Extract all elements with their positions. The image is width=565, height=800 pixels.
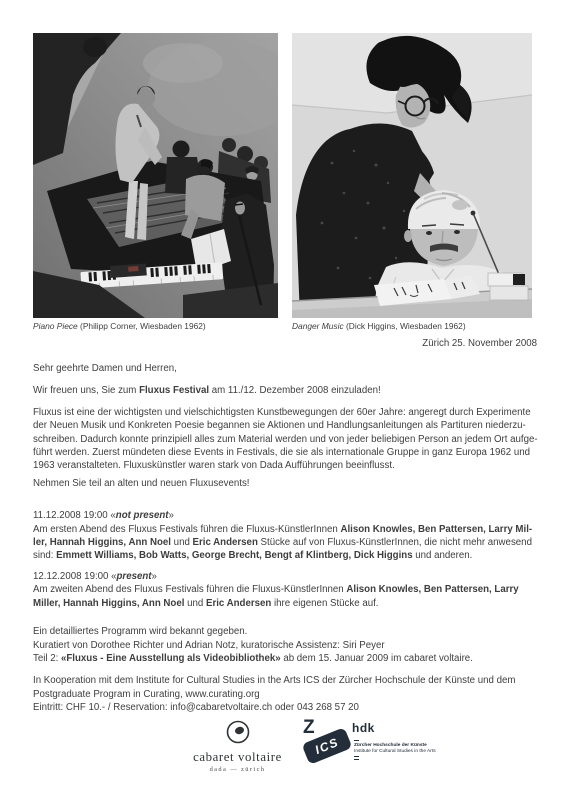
zhdk-ics-logo: Z hdk ICS Zürcher Hochschule der Künste … [303, 719, 443, 779]
letter-page: Piano Piece (Philipp Corner, Wiesbaden 1… [0, 0, 565, 800]
ics-name-line: Institute for Cultural Studies in the Ar… [354, 749, 444, 755]
event-2-paragraph: 12.12.2008 19:00 «present»Am zweiten Abe… [33, 570, 539, 610]
piano-piece-photo-art [33, 33, 278, 318]
text-line: Postgraduate Program in Curating, www.cu… [33, 688, 539, 701]
cabaret-voltaire-tagline: dada — zürich [190, 766, 285, 773]
dash-divider [354, 759, 359, 760]
program-paragraph: Ein detailliertes Programm wird bekannt … [33, 625, 539, 665]
zhdk-text-block: Zürcher Hochschule der Künste Institute … [354, 738, 444, 762]
text-line: Danger Music (Dick Higgins, Wiesbaden 19… [292, 321, 466, 331]
eye-icon [225, 719, 251, 747]
piano-piece-photo [33, 33, 278, 318]
cabaret-voltaire-logo: cabaret voltaire dada — zürich [190, 719, 285, 773]
cabaret-voltaire-wordmark: cabaret voltaire [190, 750, 285, 764]
text-line: ler, Hannah Higgins, Ann Noel und Eric A… [33, 536, 539, 549]
dash-divider [354, 756, 359, 757]
text-line: führt werden. Zuerst mündeten diese Even… [33, 446, 539, 459]
intro-paragraph: Fluxus ist eine der wichtigsten und viel… [33, 406, 539, 473]
cooperation-paragraph: In Kooperation mit dem Institute for Cul… [33, 674, 539, 714]
danger-music-photo [292, 33, 532, 318]
text-line: 12.12.2008 19:00 «present» [33, 570, 539, 583]
ics-badge-text: ICS [313, 735, 341, 757]
text-line: Teil 2: «Fluxus - Eine Ausstellung als V… [33, 652, 539, 665]
text-line: Miller, Hannah Higgins, Ann Noel und Eri… [33, 597, 539, 610]
text-line: Wir freuen uns, Sie zum Fluxus Festival … [33, 384, 539, 397]
text-line: 1963 veranstalteten. Fluxuskünstler ware… [33, 459, 539, 472]
text-line: Am zweiten Abend des Fluxus Festivals fü… [33, 583, 539, 596]
event-1-paragraph: 11.12.2008 19:00 «not present»Am ersten … [33, 509, 539, 563]
text-line: sind: Emmett Williams, Bob Watts, George… [33, 549, 539, 562]
danger-music-photo-art [292, 33, 532, 318]
text-line: 11.12.2008 19:00 «not present» [33, 509, 539, 522]
zhdk-z-letter: Z [303, 719, 315, 737]
text-line: Piano Piece (Philipp Corner, Wiesbaden 1… [33, 321, 206, 331]
text-line: schreiben. Dadurch konnte prinzipiell al… [33, 433, 539, 446]
dateline: Zürich 25. November 2008 [422, 338, 537, 349]
text-line: Am ersten Abend des Fluxus Festivals füh… [33, 523, 539, 536]
photo-caption-left: Piano Piece (Philipp Corner, Wiesbaden 1… [33, 321, 206, 331]
zhdk-hdk-letters: hdk [352, 721, 375, 735]
text-line: Kuratiert von Dorothee Richter und Adria… [33, 639, 539, 652]
text-line: Eintritt: CHF 10.- / Reservation: info@c… [33, 701, 539, 714]
text-line: der Neuen Musik und Konkreten Poesie beg… [33, 419, 539, 432]
text-line: In Kooperation mit dem Institute for Cul… [33, 674, 539, 687]
invitation-line: Wir freuen uns, Sie zum Fluxus Festival … [33, 384, 539, 397]
text-line: Fluxus ist eine der wichtigsten und viel… [33, 406, 539, 419]
text-line: Sehr geehrte Damen und Herren, [33, 362, 539, 375]
text-line: Nehmen Sie teil an alten und neuen Fluxu… [33, 477, 539, 490]
call-to-action: Nehmen Sie teil an alten und neuen Fluxu… [33, 477, 539, 490]
letter-body: Sehr geehrte Damen und Herren, Wir freue… [33, 362, 539, 715]
dash-divider [354, 740, 359, 741]
greeting: Sehr geehrte Damen und Herren, [33, 362, 539, 375]
photo-caption-right: Danger Music (Dick Higgins, Wiesbaden 19… [292, 321, 466, 331]
text-line: Ein detailliertes Programm wird bekannt … [33, 625, 539, 638]
